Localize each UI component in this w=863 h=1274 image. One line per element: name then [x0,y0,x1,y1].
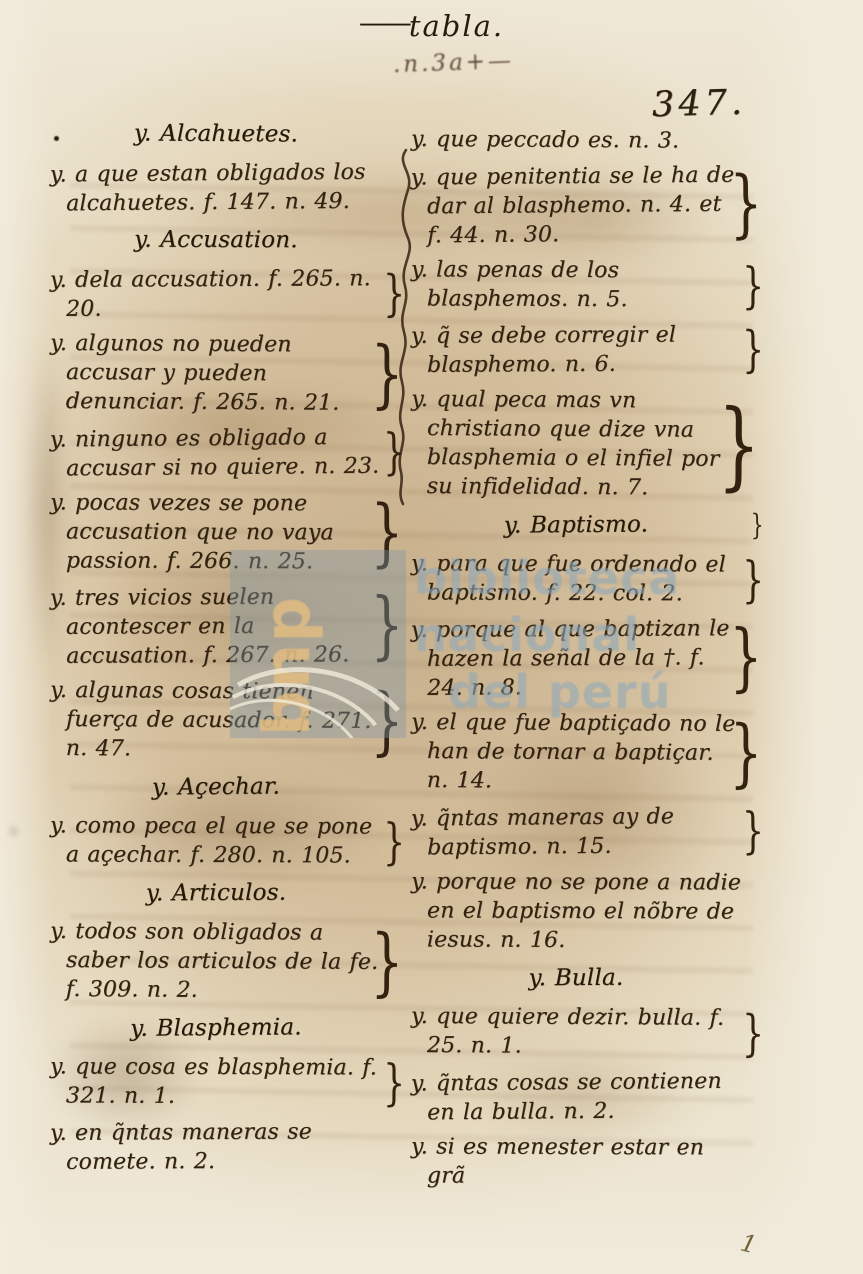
toc-entry-text: y. tres vicios suelen acontescer en la a… [50,585,350,669]
toc-entry-text: y. Bulla. [529,965,624,991]
corner-pen-mark: 1 [738,1229,760,1260]
brace-mark: } [395,813,406,871]
toc-entry: y. dela accusation. f. 265. n. 20.} [50,264,404,324]
toc-entry: y. para que fue ordenado el baptismo. f.… [411,549,763,608]
brace-mark: } [754,257,765,315]
toc-entry-text: y. Articulos. [146,880,287,907]
brace-mark: } [728,387,760,503]
toc-entry-text: y. qual peca mas vn christiano que dize … [411,387,719,500]
brace-mark: } [740,614,762,701]
toc-entry: y. el que fue baptiçado no le han de tor… [411,708,764,797]
page-title: tabla. [409,9,504,43]
brace-mark: } [381,582,403,669]
toc-heading: y. Accusation. [50,223,404,258]
toc-entry-text: y. ninguno es obligado a accusar si no q… [50,425,380,481]
toc-entry: y. algunos no pueden accusar y pueden de… [50,329,405,418]
toc-heading: y. Açechar. [50,769,404,806]
toc-entry: y. como peca el que se pone a açechar. f… [50,811,404,870]
brace-mark: } [740,710,762,797]
brace-mark: } [381,678,403,765]
toc-entry: y. pocas vezes se pone accusation que no… [50,488,404,576]
toc-entry-text: y. Accusation. [134,227,298,254]
toc-entry-text: y. q̃ntas maneras ay de baptismo. n. 15. [411,804,674,860]
brace-mark: } [395,1054,406,1112]
brace-mark: } [394,422,405,480]
toc-entry: y. las penas de los blasphemos. n. 5.} [411,255,763,314]
brace-mark: } [381,919,403,1006]
brace-mark: } [381,331,403,418]
toc-heading: y. Alcahuetes. [50,117,404,153]
toc-entry: y. algunas cosas tienen fuerça de acusad… [50,676,405,765]
toc-heading: y. Blasphemia. [50,1010,404,1047]
toc-entry-text: y. que cosa es blasphemia. f. 321. n. 1. [50,1054,377,1108]
toc-heading: y. Articulos. [50,876,404,912]
title-dash: —— [359,6,409,39]
toc-entry-text: y. a que estan obligados los alcahuetes.… [50,160,366,217]
toc-heading: y. Bulla. [411,961,763,997]
brace-mark: } [395,264,406,322]
toc-entry: y. si es menester estar en grã [411,1132,763,1191]
toc-entry-text: y. para que fue ordenado el baptismo. f.… [411,551,726,606]
toc-entry: y. ninguno es obligado a accusar si no q… [50,422,404,483]
toc-entry: y. a que estan obligados los alcahuetes.… [50,157,404,218]
toc-entry: y. tres vicios suelen acontescer en la a… [50,582,404,671]
toc-entry: y. q̃ntas cosas se contienen en la bulla… [411,1066,763,1127]
toc-entry: y. que penitentia se le ha de dar al bla… [411,160,764,250]
toc-entry-text: y. algunas cosas tienen fuerça de acusad… [50,678,372,761]
toc-entry: y. q̃ se debe corregir el blasphemo. n. … [411,320,763,380]
toc-entry-text: y. si es menester estar en grã [411,1134,704,1188]
toc-entry-text: y. las penas de los blasphemos. n. 5. [411,257,628,312]
toc-entry-text: y. q̃ntas cosas se contienen en la bulla… [411,1069,722,1126]
toc-entry-text: y. Açechar. [152,774,280,801]
toc-column-left: y. Alcahuetes.y. a que estan obligados l… [50,118,404,1183]
toc-entry: y. todos son obligados a saber los artic… [50,917,405,1006]
manuscript-scan: ——tabla. .n.3a+— 347. y. Alcahuetes.y. a… [0,0,863,1274]
folio-number: 347. [651,83,746,125]
toc-entry: y. en q̃ntas maneras se comete. n. 2. [50,1117,404,1177]
toc-entry-text: y. como peca el que se pone a açechar. f… [50,813,372,868]
toc-entry-text: y. que penitentia se le ha de dar al bla… [411,163,735,249]
brace-mark: } [381,490,403,577]
toc-entry: y. porque no se pone a nadie en el bapti… [411,867,763,955]
page-header: ——tabla. [0,6,863,43]
toc-entry: y. que quiere dezir. bulla. f. 25. n. 1.… [411,1002,763,1062]
toc-entry-text: y. pocas vezes se pone accusation que no… [50,490,334,574]
toc-entry: y. que peccado es. n. 3. [411,125,763,156]
toc-heading: y. Baptismo.} [411,507,763,544]
toc-entry: y. que cosa es blasphemia. f. 321. n. 1.… [50,1052,404,1111]
brace-mark: } [754,1004,765,1062]
toc-entry-text: y. que quiere dezir. bulla. f. 25. n. 1. [411,1004,724,1059]
toc-entry-text: y. porque no se pone a nadie en el bapti… [411,869,741,953]
brace-mark: } [753,801,764,859]
brace-mark: } [751,507,764,541]
toc-entry-text: y. Baptismo. [504,511,648,538]
toc-entry-text: y. Blasphemia. [130,1014,302,1041]
toc-entry-text: y. q̃ se debe corregir el blasphemo. n. … [411,323,676,378]
brace-mark: } [740,160,763,247]
toc-entry: y. porque al que baptizan le hazen la se… [411,614,763,703]
toc-column-right: y. que peccado es. n. 3.y. que penitenti… [411,126,763,1198]
toc-entry-text: y. algunos no pueden accusar y pueden de… [50,331,339,416]
toc-entry-text: y. Alcahuetes. [134,120,298,147]
toc-entry: y. qual peca mas vn christiano que dize … [411,385,764,503]
toc-entry-text: y. el que fue baptiçado no le han de tor… [411,710,735,793]
header-scribble: .n.3a+— [393,48,515,78]
toc-entry-text: y. porque al que baptizan le hazen la se… [411,616,730,701]
toc-entry-text: y. que peccado es. n. 3. [411,127,679,154]
toc-entry-text: y. en q̃ntas maneras se comete. n. 2. [50,1120,312,1175]
toc-entry-text: y. todos son obligados a saber los artic… [50,919,378,1003]
toc-entry: y. q̃ntas maneras ay de baptismo. n. 15.… [411,801,763,862]
toc-entry-text: y. dela accusation. f. 265. n. 20. [50,266,371,322]
brace-mark: } [754,320,765,378]
brace-mark: } [754,551,765,609]
ink-spot [4,822,22,840]
